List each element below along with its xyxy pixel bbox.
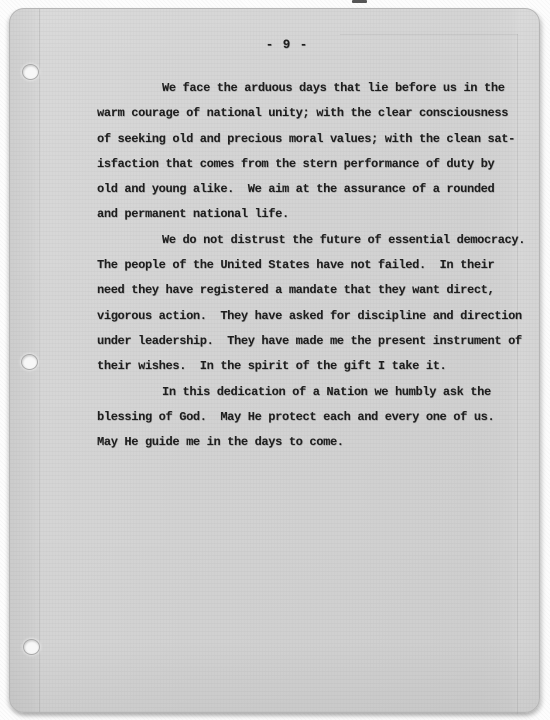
text-line: blessing of God. May He protect each and… <box>97 405 537 430</box>
text-line: vigorous action. They have asked for dis… <box>97 304 537 329</box>
punch-hole-bottom <box>23 639 40 655</box>
paper-fold-line <box>39 9 40 712</box>
text-line: warm courage of national unity; with the… <box>97 101 537 126</box>
text-line: In this dedication of a Nation we humbly… <box>97 380 537 405</box>
text-line: and permanent national life. <box>97 202 537 227</box>
text-line: of seeking old and precious moral values… <box>97 127 537 152</box>
text-line: We do not distrust the future of essenti… <box>97 228 537 253</box>
text-line: May He guide me in the days to come. <box>97 430 537 455</box>
scanned-document: - 9 - We face the arduous days that lie … <box>0 0 550 720</box>
text-line: need they have registered a mandate that… <box>97 278 537 303</box>
text-line: We face the arduous days that lie before… <box>97 76 537 101</box>
punch-hole-middle <box>21 354 38 370</box>
text-line: under leadership. They have made me the … <box>97 329 537 354</box>
document-lines: We face the arduous days that lie before… <box>97 76 537 455</box>
text-line: their wishes. In the spirit of the gift … <box>97 354 537 379</box>
text-line: old and young alike. We aim at the assur… <box>97 177 537 202</box>
page-number: - 9 - <box>266 38 309 52</box>
text-line: The people of the United States have not… <box>97 253 537 278</box>
punch-hole-top <box>22 64 39 80</box>
underlying-sheet-edge-horizontal <box>340 34 518 35</box>
text-line: isfaction that comes from the stern perf… <box>97 152 537 177</box>
scan-artifact <box>352 0 367 3</box>
